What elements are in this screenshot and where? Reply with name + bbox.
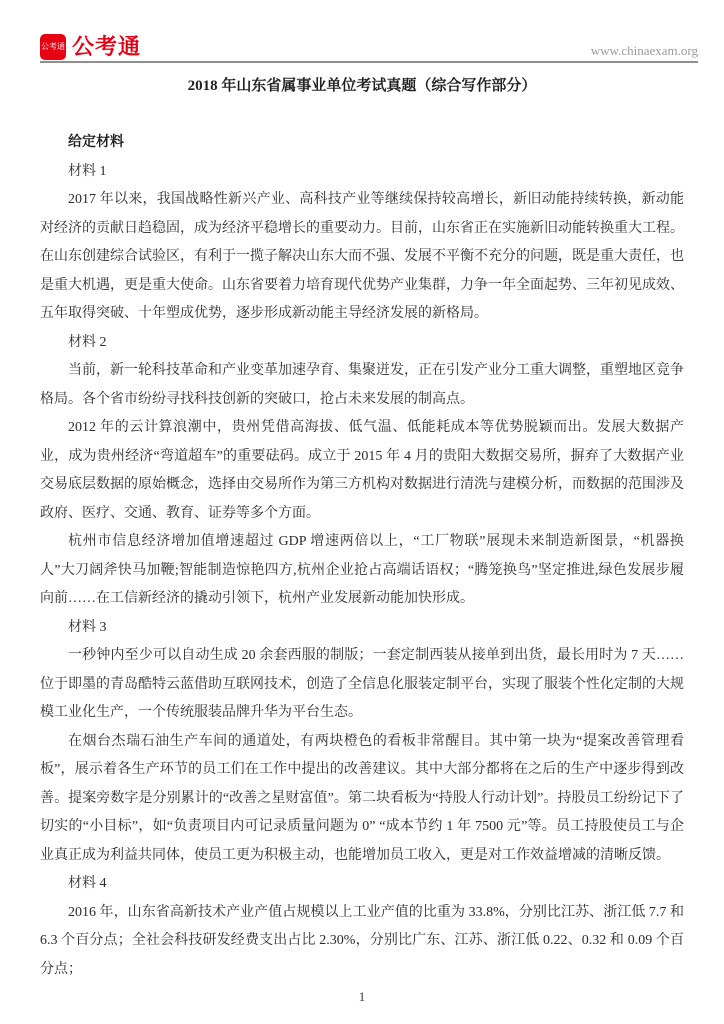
material-label: 材料 1 [40, 158, 684, 187]
website-link[interactable]: www.chinaexam.org [591, 43, 698, 60]
section-heading: 给定材料 [40, 129, 684, 158]
material-paragraph: 2017 年以来，我国战略性新兴产业、高科技产业等继续保持较高增长，新旧动能持续… [40, 186, 684, 329]
brand-logo[interactable]: 公考通 公考通 [40, 34, 141, 60]
document-body: 给定材料 材料 12017 年以来，我国战略性新兴产业、高科技产业等继续保持较高… [40, 129, 684, 984]
material-paragraph: 2016 年，山东省高新技术产业产值占规模以上工业产值的比重为 33.8%，分别… [40, 899, 684, 985]
header-divider [40, 61, 698, 63]
material-paragraph: 在烟台杰瑞石油生产车间的通道处，有两块橙色的看板非常醒目。其中第一块为“提案改善… [40, 728, 684, 871]
page-number: 1 [359, 989, 366, 1004]
brand-name: 公考通 [72, 34, 141, 60]
material-paragraph: 当前，新一轮科技革命和产业变革加速孕育、集聚迸发，正在引发产业分工重大调整，重塑… [40, 357, 684, 414]
material-label: 材料 3 [40, 614, 684, 643]
material-paragraph: 2012 年的云计算浪潮中，贵州凭借高海拔、低气温、低能耗成本等优势脱颖而出。发… [40, 414, 684, 528]
page-footer: 1 [0, 988, 724, 1006]
material-paragraph: 杭州市信息经济增加值增速超过 GDP 增速两倍以上，“工厂物联”展现未来制造新图… [40, 528, 684, 614]
material-paragraph: 一秒钟内至少可以自动生成 20 余套西服的制版；一套定制西装从接单到出货，最长用… [40, 642, 684, 728]
document-page: 公考通 公考通 www.chinaexam.org 2018 年山东省属事业单位… [0, 0, 724, 1024]
page-header: 公考通 公考通 www.chinaexam.org [40, 28, 698, 60]
gongkaotong-logo-icon: 公考通 [40, 34, 66, 60]
document-title: 2018 年山东省属事业单位考试真题（综合写作部分） [40, 76, 684, 96]
materials-container: 材料 12017 年以来，我国战略性新兴产业、高科技产业等继续保持较高增长，新旧… [40, 158, 684, 985]
material-label: 材料 4 [40, 870, 684, 899]
material-label: 材料 2 [40, 329, 684, 358]
